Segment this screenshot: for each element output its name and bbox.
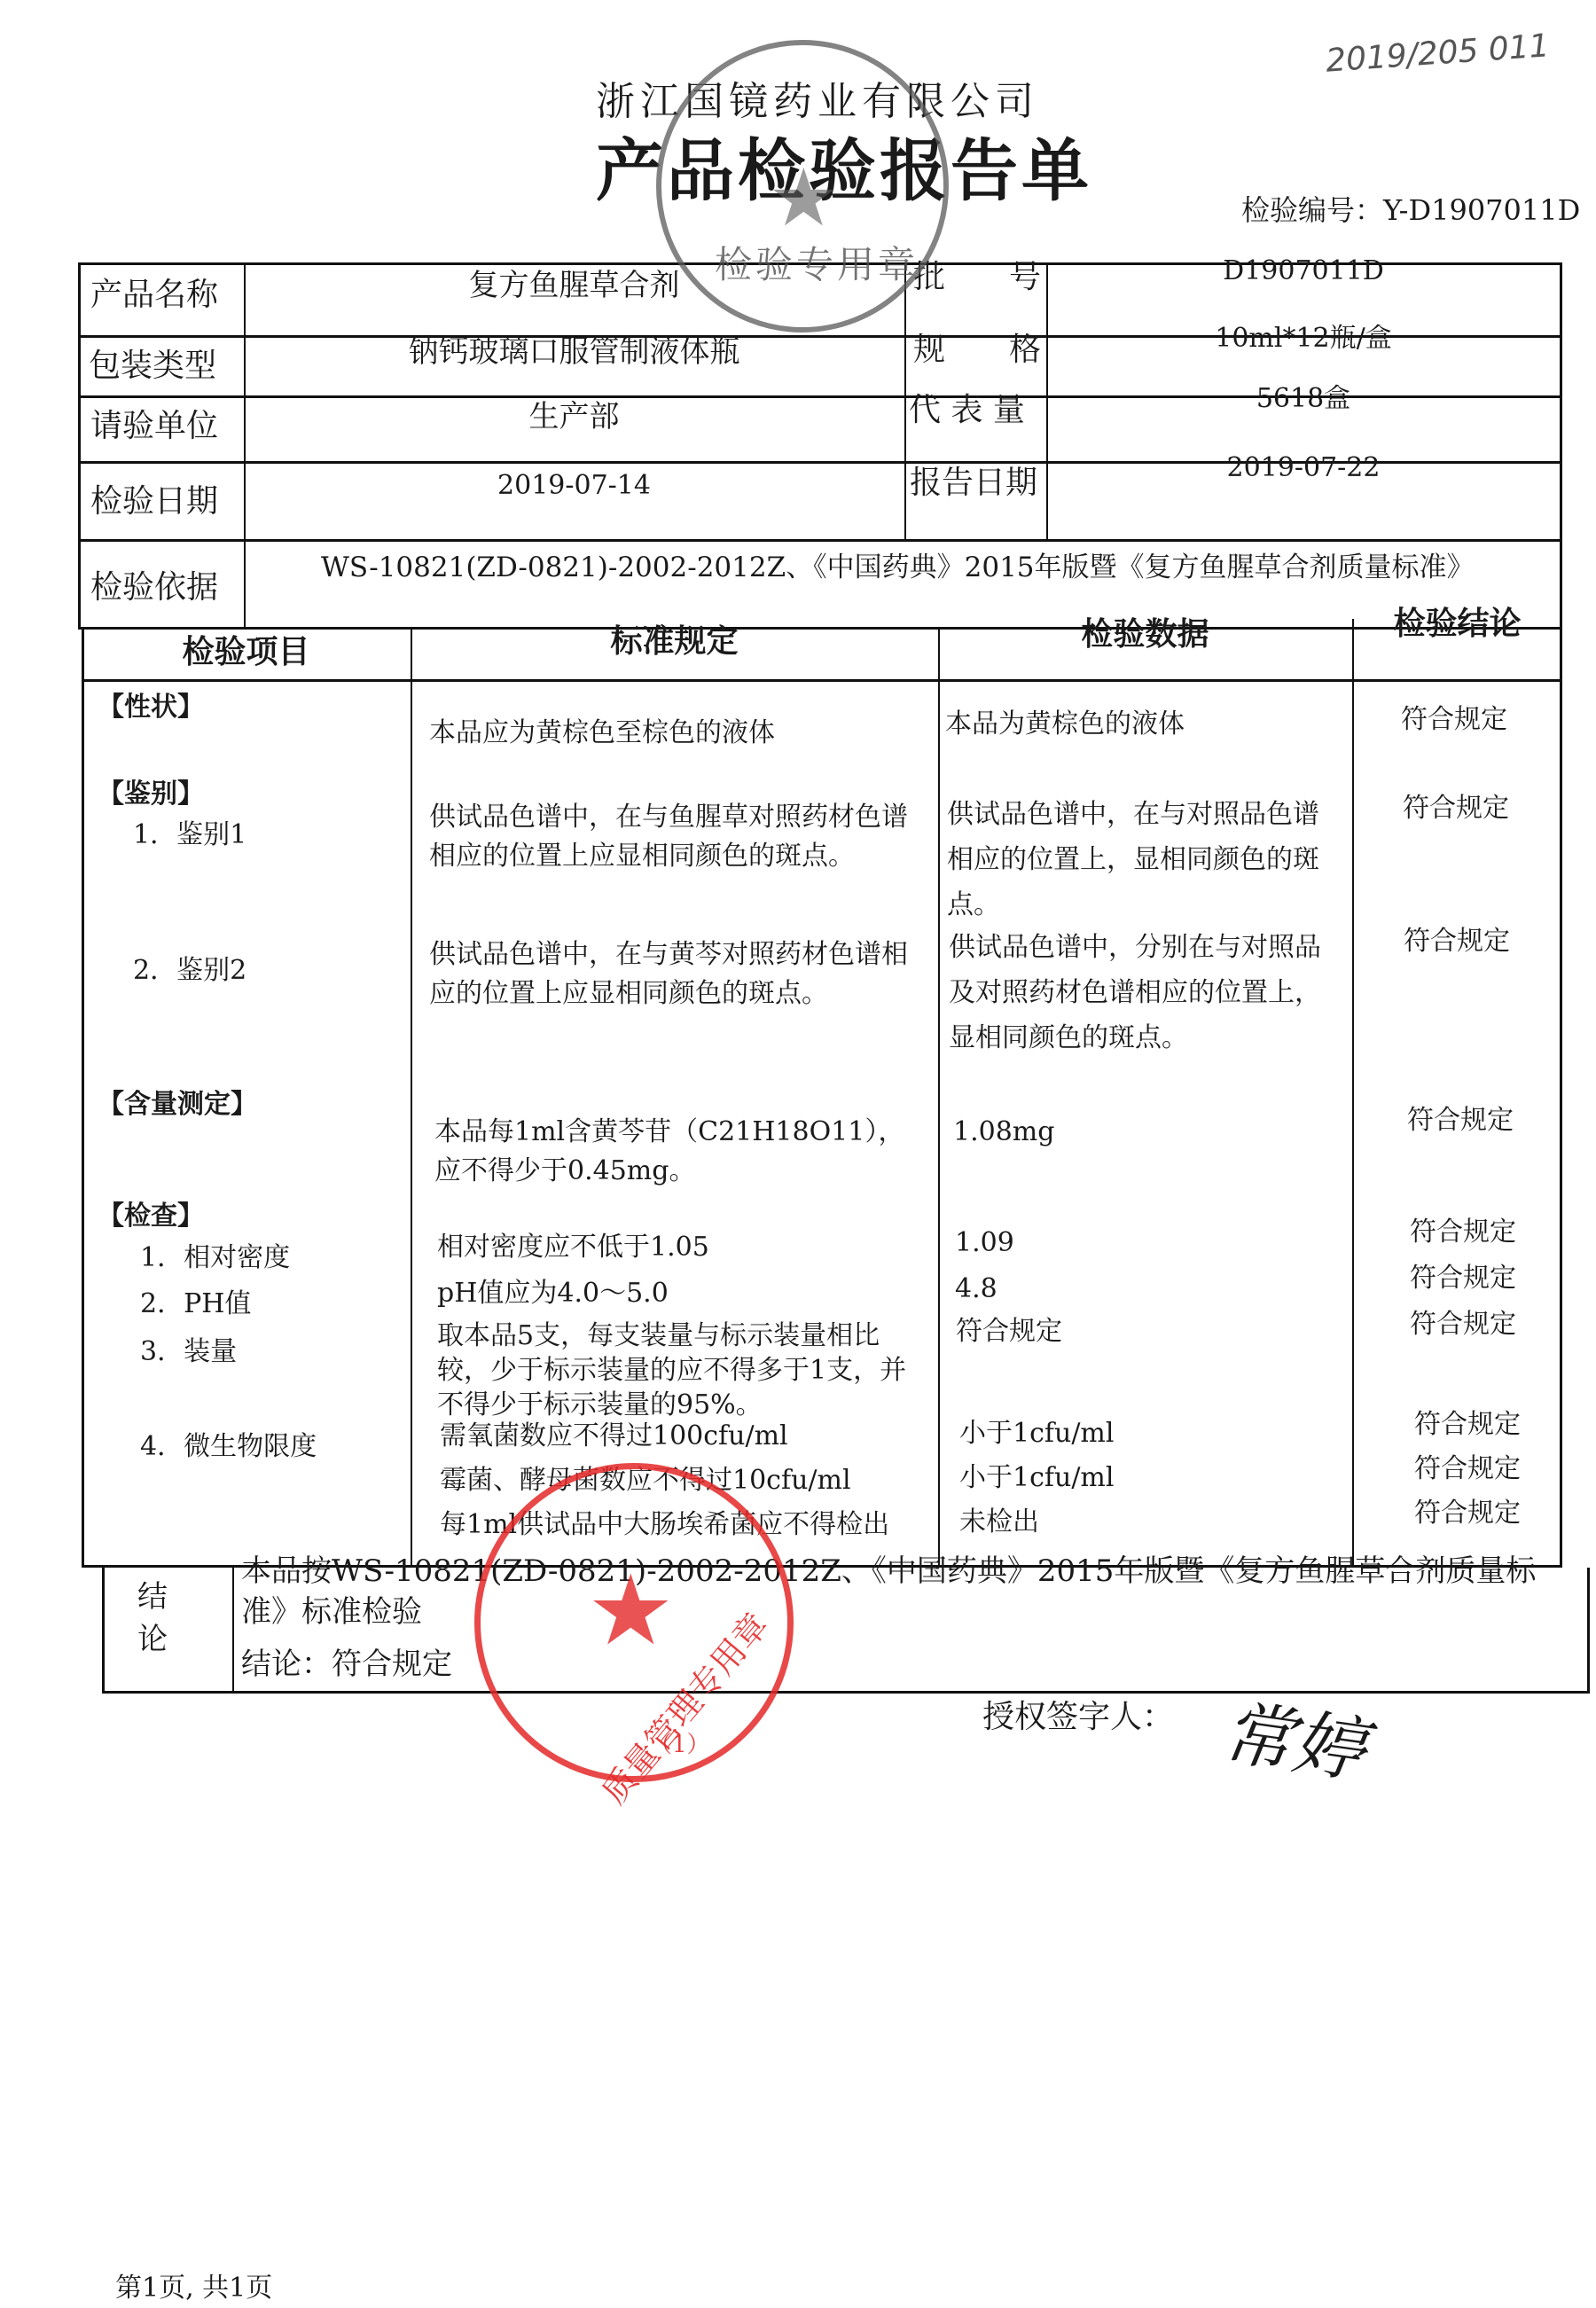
result-volume: 符合规定 [1410,1305,1516,1344]
data-ph: 4.8 [955,1270,997,1309]
product-name-value: 复方鱼腥草合剂 [244,266,904,305]
report-date-label: 报告日期 [910,463,1037,505]
item-id1: 1．鉴别1 [133,816,246,855]
result-appearance: 符合规定 [1401,700,1507,739]
report-number-label: 检验编号： [1241,193,1383,227]
result-aerobic: 符合规定 [1414,1405,1521,1444]
std-id1: 供试品色谱中，在与鱼腥草对照药材色谱相应的位置上应显相同颜色的斑点。 [429,798,926,875]
quantity-value: 5618盒 [1046,381,1561,416]
std-id2: 供试品色谱中，在与黄芩对照药材色谱相应的位置上应显相同颜色的斑点。 [429,935,926,1013]
data-aerobic: 小于1cfu/ml [959,1414,1114,1453]
data-appearance: 本品为黄棕色的液体 [945,705,1344,744]
batch-label: 批 号 [913,257,1041,299]
data-density: 1.09 [955,1224,1014,1263]
section-identification: 【鉴别】 [98,777,204,811]
data-assay: 1.08mg [953,1113,1054,1152]
col-header-standard: 标准规定 [411,621,938,662]
report-title: 产品检验报告单 [596,117,1092,214]
dept-label: 请验单位 [90,406,218,448]
std-volume: 取本品5支，每支装量与标示装量相比较，少于标示装量的应不得多于1支，并不得少于标… [437,1318,925,1422]
section-check: 【检查】 [98,1199,204,1233]
data-id2: 供试品色谱中，分别在与对照品及对照药材色谱相应的位置上，显相同颜色的斑点。 [949,925,1339,1060]
result-density: 符合规定 [1410,1213,1516,1252]
col-header-result: 检验结论 [1352,603,1562,645]
data-volume: 符合规定 [956,1312,1062,1351]
result-ecoli: 符合规定 [1414,1494,1521,1533]
item-microbe: 4．微生物限度 [140,1428,317,1467]
handwritten-note: 2019/205 011 [1325,27,1551,80]
conclusion-text: 本品按WS-10821(ZD-0821)-2002-2012Z、《中国药典》20… [241,1552,1553,1633]
basis-value: WS-10821(ZD-0821)-2002-2012Z、《中国药典》2015年… [321,550,1475,585]
signature: 常婷 [1217,1675,1372,1796]
result-id1: 符合规定 [1403,789,1509,828]
test-date-value: 2019-07-14 [244,468,904,503]
std-density: 相对密度应不低于1.05 [437,1228,925,1267]
dept-value: 生产部 [244,397,904,436]
batch-value: D1907011D [1046,254,1561,288]
col-header-data: 检验数据 [938,614,1352,655]
report-number: 检验编号：Y-D1907011D [1241,188,1580,229]
std-mold: 霉菌、酵母菌数应不得过10cfu/ml [440,1461,927,1500]
item-density: 1．相对密度 [140,1239,290,1278]
std-assay: 本品每1ml含黄芩苷（C21H18O11），应不得少于0.45mg。 [434,1113,927,1190]
result-assay: 符合规定 [1407,1101,1514,1140]
std-appearance: 本品应为黄棕色至棕色的液体 [429,714,926,753]
report-date-value: 2019-07-22 [1046,450,1561,485]
section-appearance: 【性状】 [98,690,204,724]
page-indicator: 第1页, 共1页 [115,2265,272,2304]
signer-label: 授权签字人： [982,1692,1174,1737]
col-header-item: 检验项目 [82,631,411,673]
item-ph: 2．PH值 [140,1285,251,1324]
package-label: 包装类型 [89,346,216,387]
quality-stamp-sub: （1） [649,1726,710,1759]
data-ecoli: 未检出 [959,1503,1039,1542]
report-number-value: Y-D1907011D [1383,193,1580,227]
item-id2: 2．鉴别2 [133,951,246,990]
conclusion-result: 结论：符合规定 [241,1645,452,1684]
result-mold: 符合规定 [1414,1450,1521,1489]
std-aerobic: 需氧菌数应不得过100cfu/ml [440,1417,927,1456]
package-value: 钠钙玻璃口服管制液体瓶 [244,333,904,372]
result-id2: 符合规定 [1404,922,1510,961]
std-ecoli: 每1ml供试品中大肠埃希菌应不得检出 [440,1506,932,1545]
data-mold: 小于1cfu/ml [959,1459,1114,1498]
conclusion-label: 结 论 [137,1576,173,1661]
item-volume: 3．装量 [140,1333,237,1372]
section-assay: 【含量测定】 [98,1087,257,1122]
result-ph: 符合规定 [1410,1259,1516,1298]
quantity-label: 代 表 量 [909,390,1025,432]
std-ph: pH值应为4.0～5.0 [437,1274,925,1313]
product-name-label: 产品名称 [90,275,218,317]
spec-label: 规 格 [913,330,1041,372]
basis-label: 检验依据 [90,567,218,609]
spec-value: 10ml*12瓶/盒 [1046,321,1561,356]
test-date-label: 检验日期 [90,481,218,523]
data-id1: 供试品色谱中，在与对照品色谱相应的位置上，显相同颜色的斑点。 [947,792,1337,927]
